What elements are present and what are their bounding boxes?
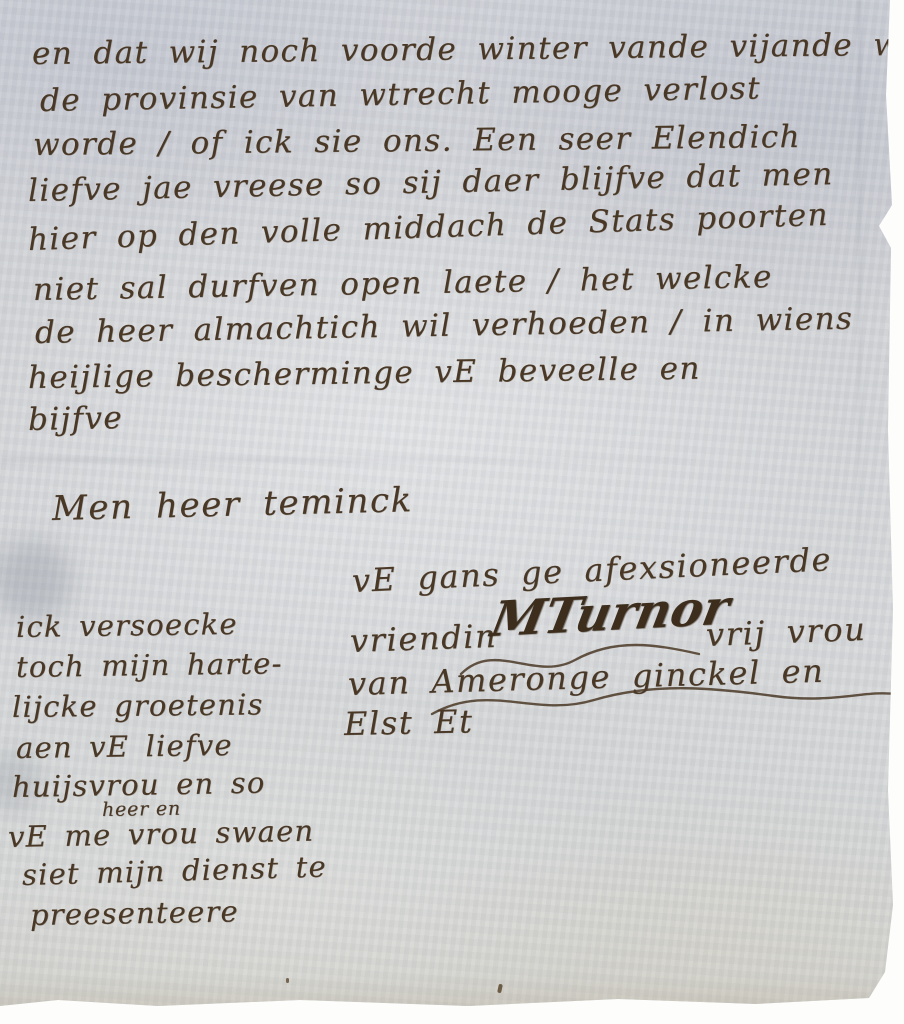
closing-line: Elst Et (344, 702, 474, 743)
postscript-line: lijcke groetenis (12, 687, 264, 724)
postscript-line: toch mijn harte- (16, 646, 283, 684)
postscript-line: ick versoecke (16, 607, 238, 644)
closing-line: vrij vrou (705, 610, 867, 654)
closing-line: vriendin (349, 617, 498, 660)
postscript-line: vE me vrou swaen (8, 814, 315, 854)
paper-crease-vertical (858, 0, 861, 560)
letter-line: bijfve (28, 400, 124, 438)
scan-backdrop: en dat wij noch voorde winter vande vija… (0, 0, 904, 1024)
paper-crease-horizontal (0, 458, 700, 462)
paper-edge-shade (0, 920, 896, 1010)
postscript-line: aen vE liefve (16, 728, 233, 765)
letter-paper: en dat wij noch voorde winter vande vija… (0, 0, 896, 1010)
postscript-line: preesenteere (30, 894, 239, 932)
